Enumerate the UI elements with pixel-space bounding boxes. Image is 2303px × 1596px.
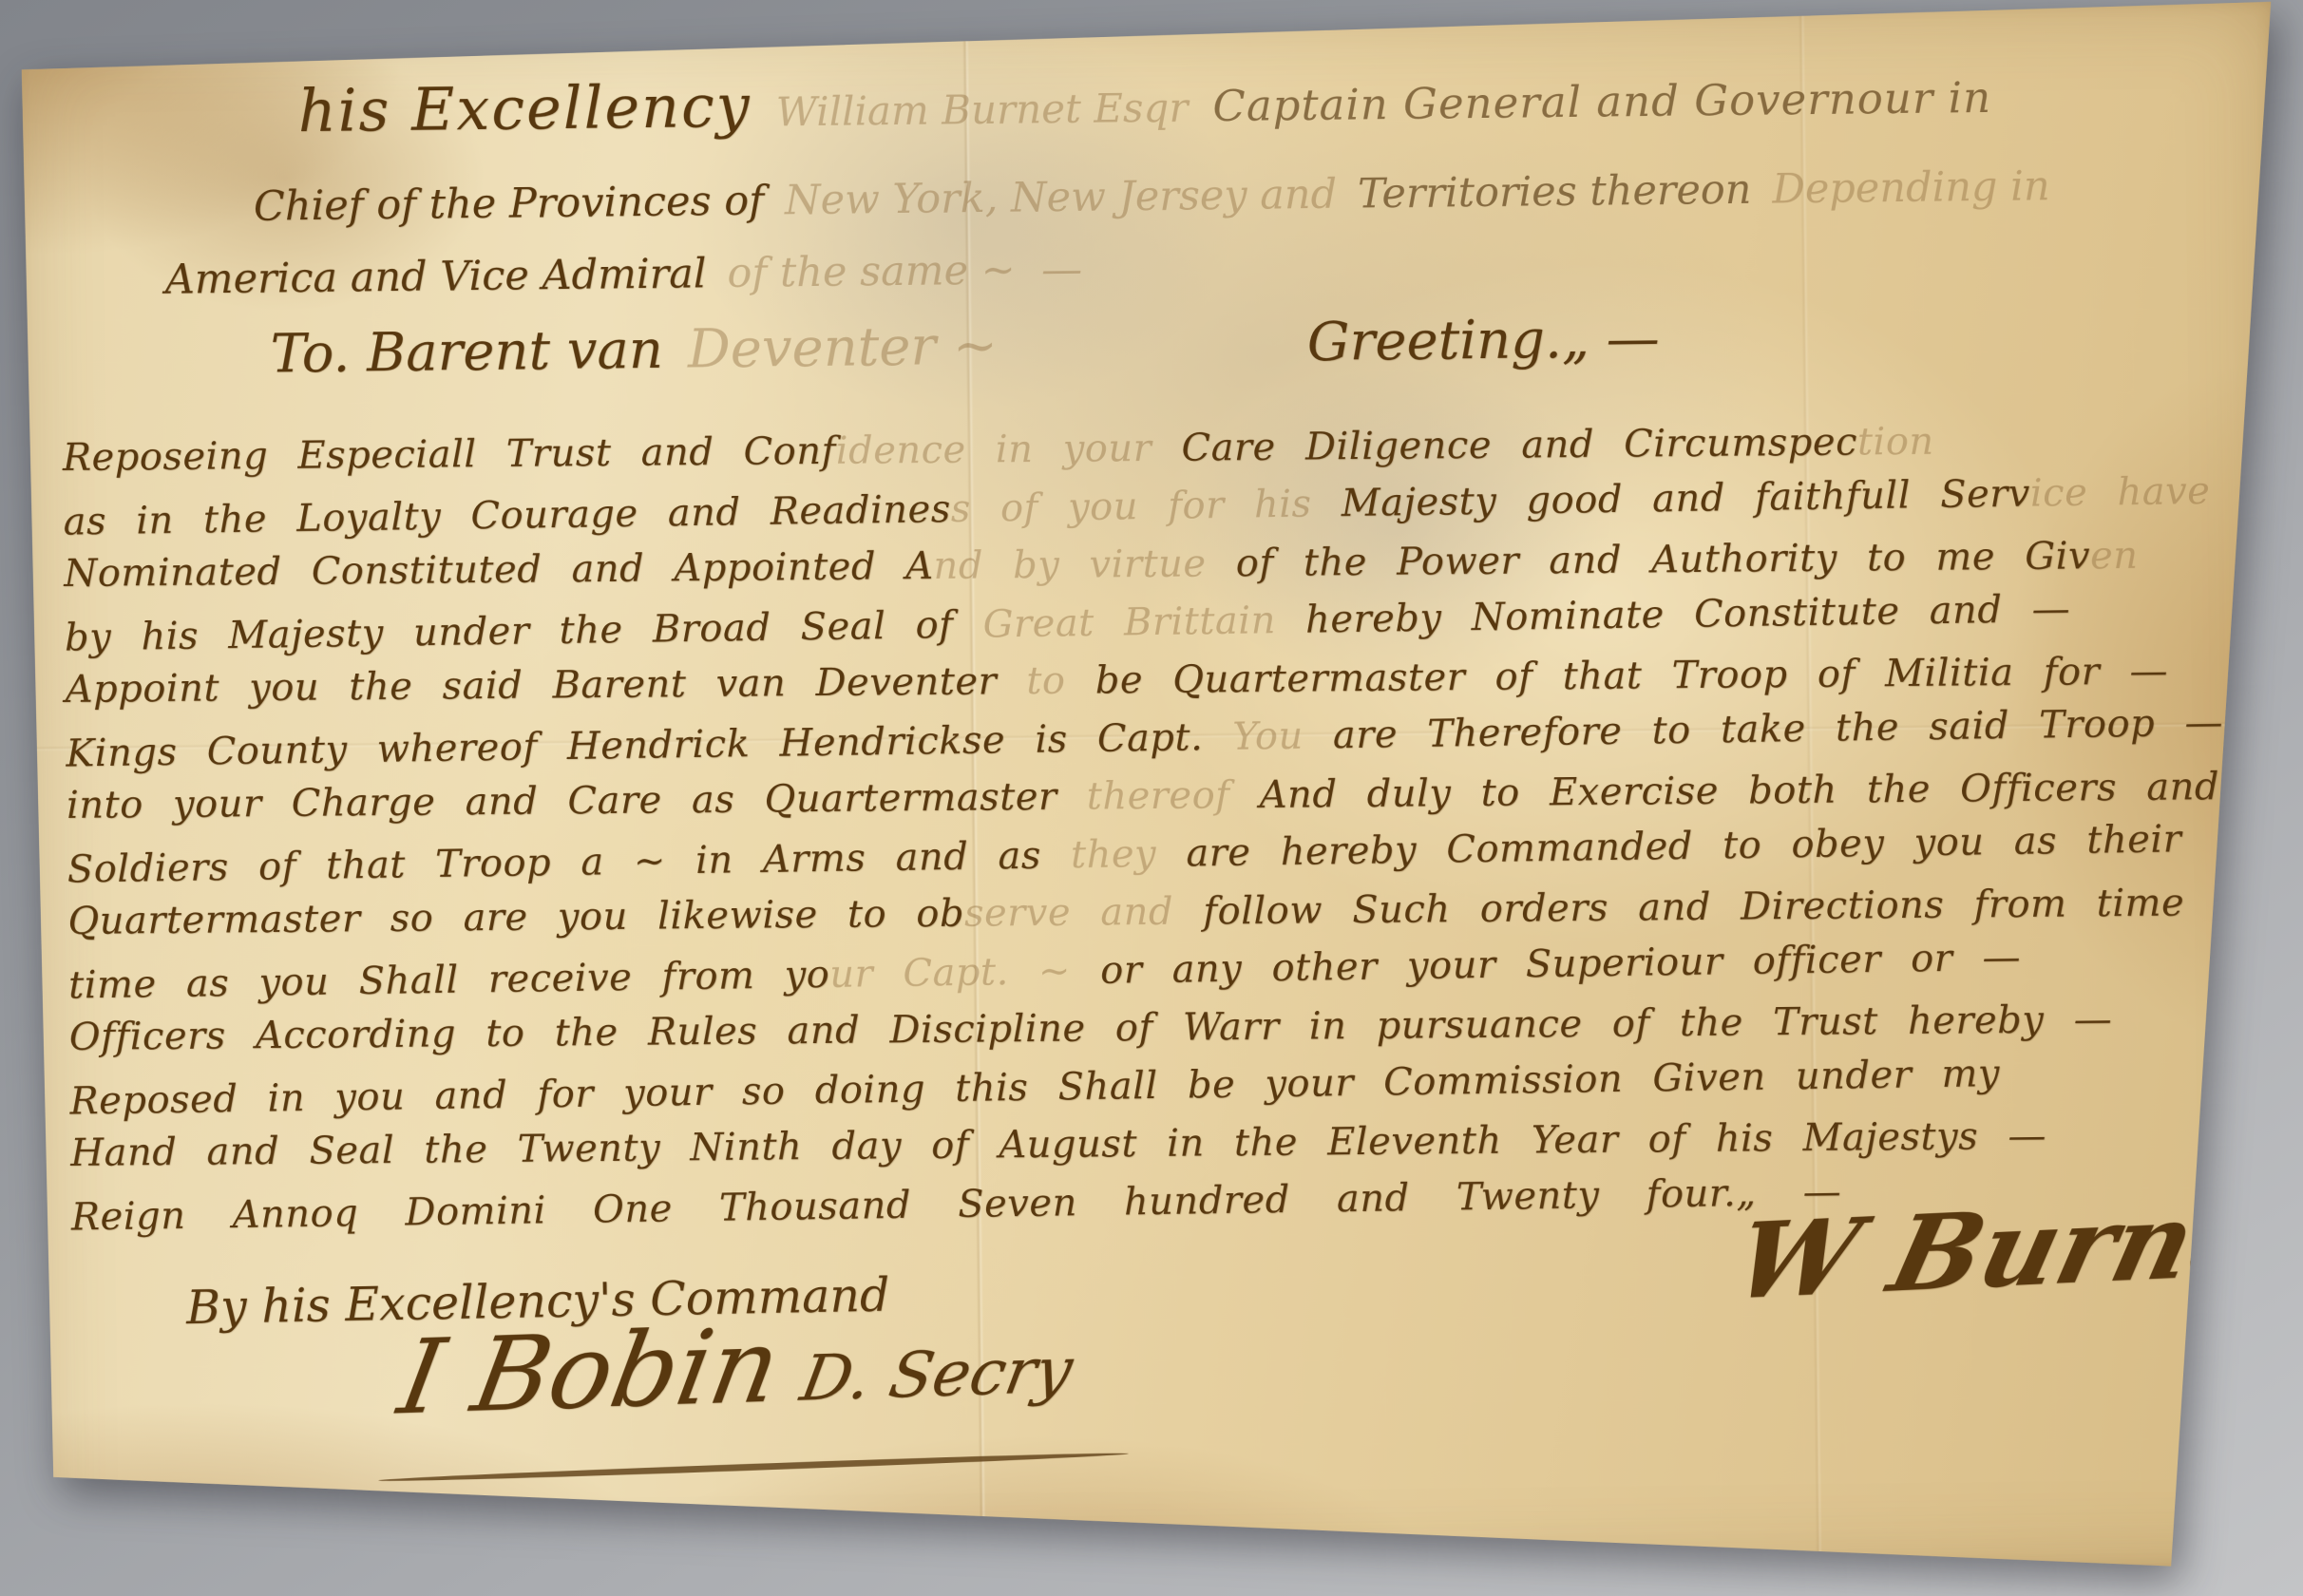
- photo-background: his Excellency William Burnet Esqr Capta…: [0, 0, 2303, 1596]
- secretary-name: I Bobin: [390, 1307, 789, 1438]
- governor-titles: Captain General and Governour in: [1212, 72, 1991, 131]
- body-line-7: into your Charge and Care as Quartermast…: [67, 758, 2252, 835]
- document-body: Reposeing Especiall Trust and Confidence…: [63, 408, 2257, 1244]
- header-his-excellency: his Excellency: [297, 71, 752, 145]
- addressee-name: To. Barent van: [270, 319, 663, 386]
- fold-crease-horizontal: [20, 720, 2281, 751]
- body-line-14: Reign Annoq Domini One Thousand Seven hu…: [71, 1157, 2257, 1246]
- body-line-12: Reposed in you and for your so doing thi…: [69, 1041, 2255, 1130]
- header-provinces-faded: New York, New Jersey and: [785, 171, 1338, 225]
- body-line-5: Appoint you the said Barent van Deventer…: [65, 642, 2250, 719]
- header-line-1: his Excellency William Burnet Esqr Capta…: [297, 57, 1991, 145]
- manuscript-text: his Excellency William Burnet Esqr Capta…: [12, 0, 2292, 1593]
- header-america: America and Vice Admiral: [164, 250, 706, 303]
- header-same-faded: of the same ~ —: [727, 246, 1082, 297]
- manuscript-paper-shadow: his Excellency William Burnet Esqr Capta…: [12, 0, 2292, 1593]
- header-line-2: Chief of the Provinces of New York, New …: [254, 162, 2050, 230]
- signature-flourish: [378, 1451, 1129, 1484]
- body-line-6: Kings County whereof Hendrick Hendrickse…: [66, 693, 2252, 783]
- body-line-1: Reposeing Especiall Trust and Confidence…: [63, 410, 2248, 487]
- manuscript-paper: his Excellency William Burnet Esqr Capta…: [12, 0, 2292, 1593]
- body-line-10: time as you Shall receive from your Capt…: [68, 925, 2255, 1015]
- body-line-2: as in the Loyalty Courage and Readiness …: [63, 462, 2249, 551]
- header-line-3: America and Vice Admiral of the same ~ —: [164, 246, 1082, 304]
- greeting-word: Greeting.„ —: [1307, 308, 1660, 373]
- salutation-line: To. Barent van Deventer ~ Greeting.„ —: [270, 308, 1660, 386]
- header-depending-faded: Depending in: [1772, 162, 2050, 213]
- body-line-13: Hand and Seal the Twenty Ninth day of Au…: [70, 1106, 2255, 1183]
- body-line-3: Nominated Constituted and Appointed And …: [64, 526, 2249, 603]
- header-territories: Territories thereon: [1358, 166, 1752, 218]
- governor-name-faded: William Burnet Esqr: [775, 85, 1188, 136]
- governor-signature: W Burnet: [1723, 1174, 2303, 1323]
- fold-crease-vertical-2: [1799, 4, 1823, 1573]
- body-line-4: by his Majesty under the Broad Seal of G…: [65, 578, 2251, 667]
- header-provinces: Chief of the Provinces of: [254, 178, 765, 231]
- fold-crease-vertical-1: [961, 13, 986, 1583]
- body-line-11: Officers According to the Rules and Disc…: [69, 990, 2255, 1067]
- body-line-9: Quartermaster so are you likewise to obs…: [67, 874, 2253, 951]
- addressee-surname-faded: Deventer ~: [688, 315, 999, 381]
- closing-line: By his Excellency's Command: [186, 1268, 890, 1336]
- secretary-title: D. Secry: [795, 1334, 1078, 1415]
- body-line-8: Soldiers of that Troop a ~ in Arms and a…: [67, 809, 2253, 899]
- secretary-signature: I BobinD. Secry: [390, 1297, 1085, 1437]
